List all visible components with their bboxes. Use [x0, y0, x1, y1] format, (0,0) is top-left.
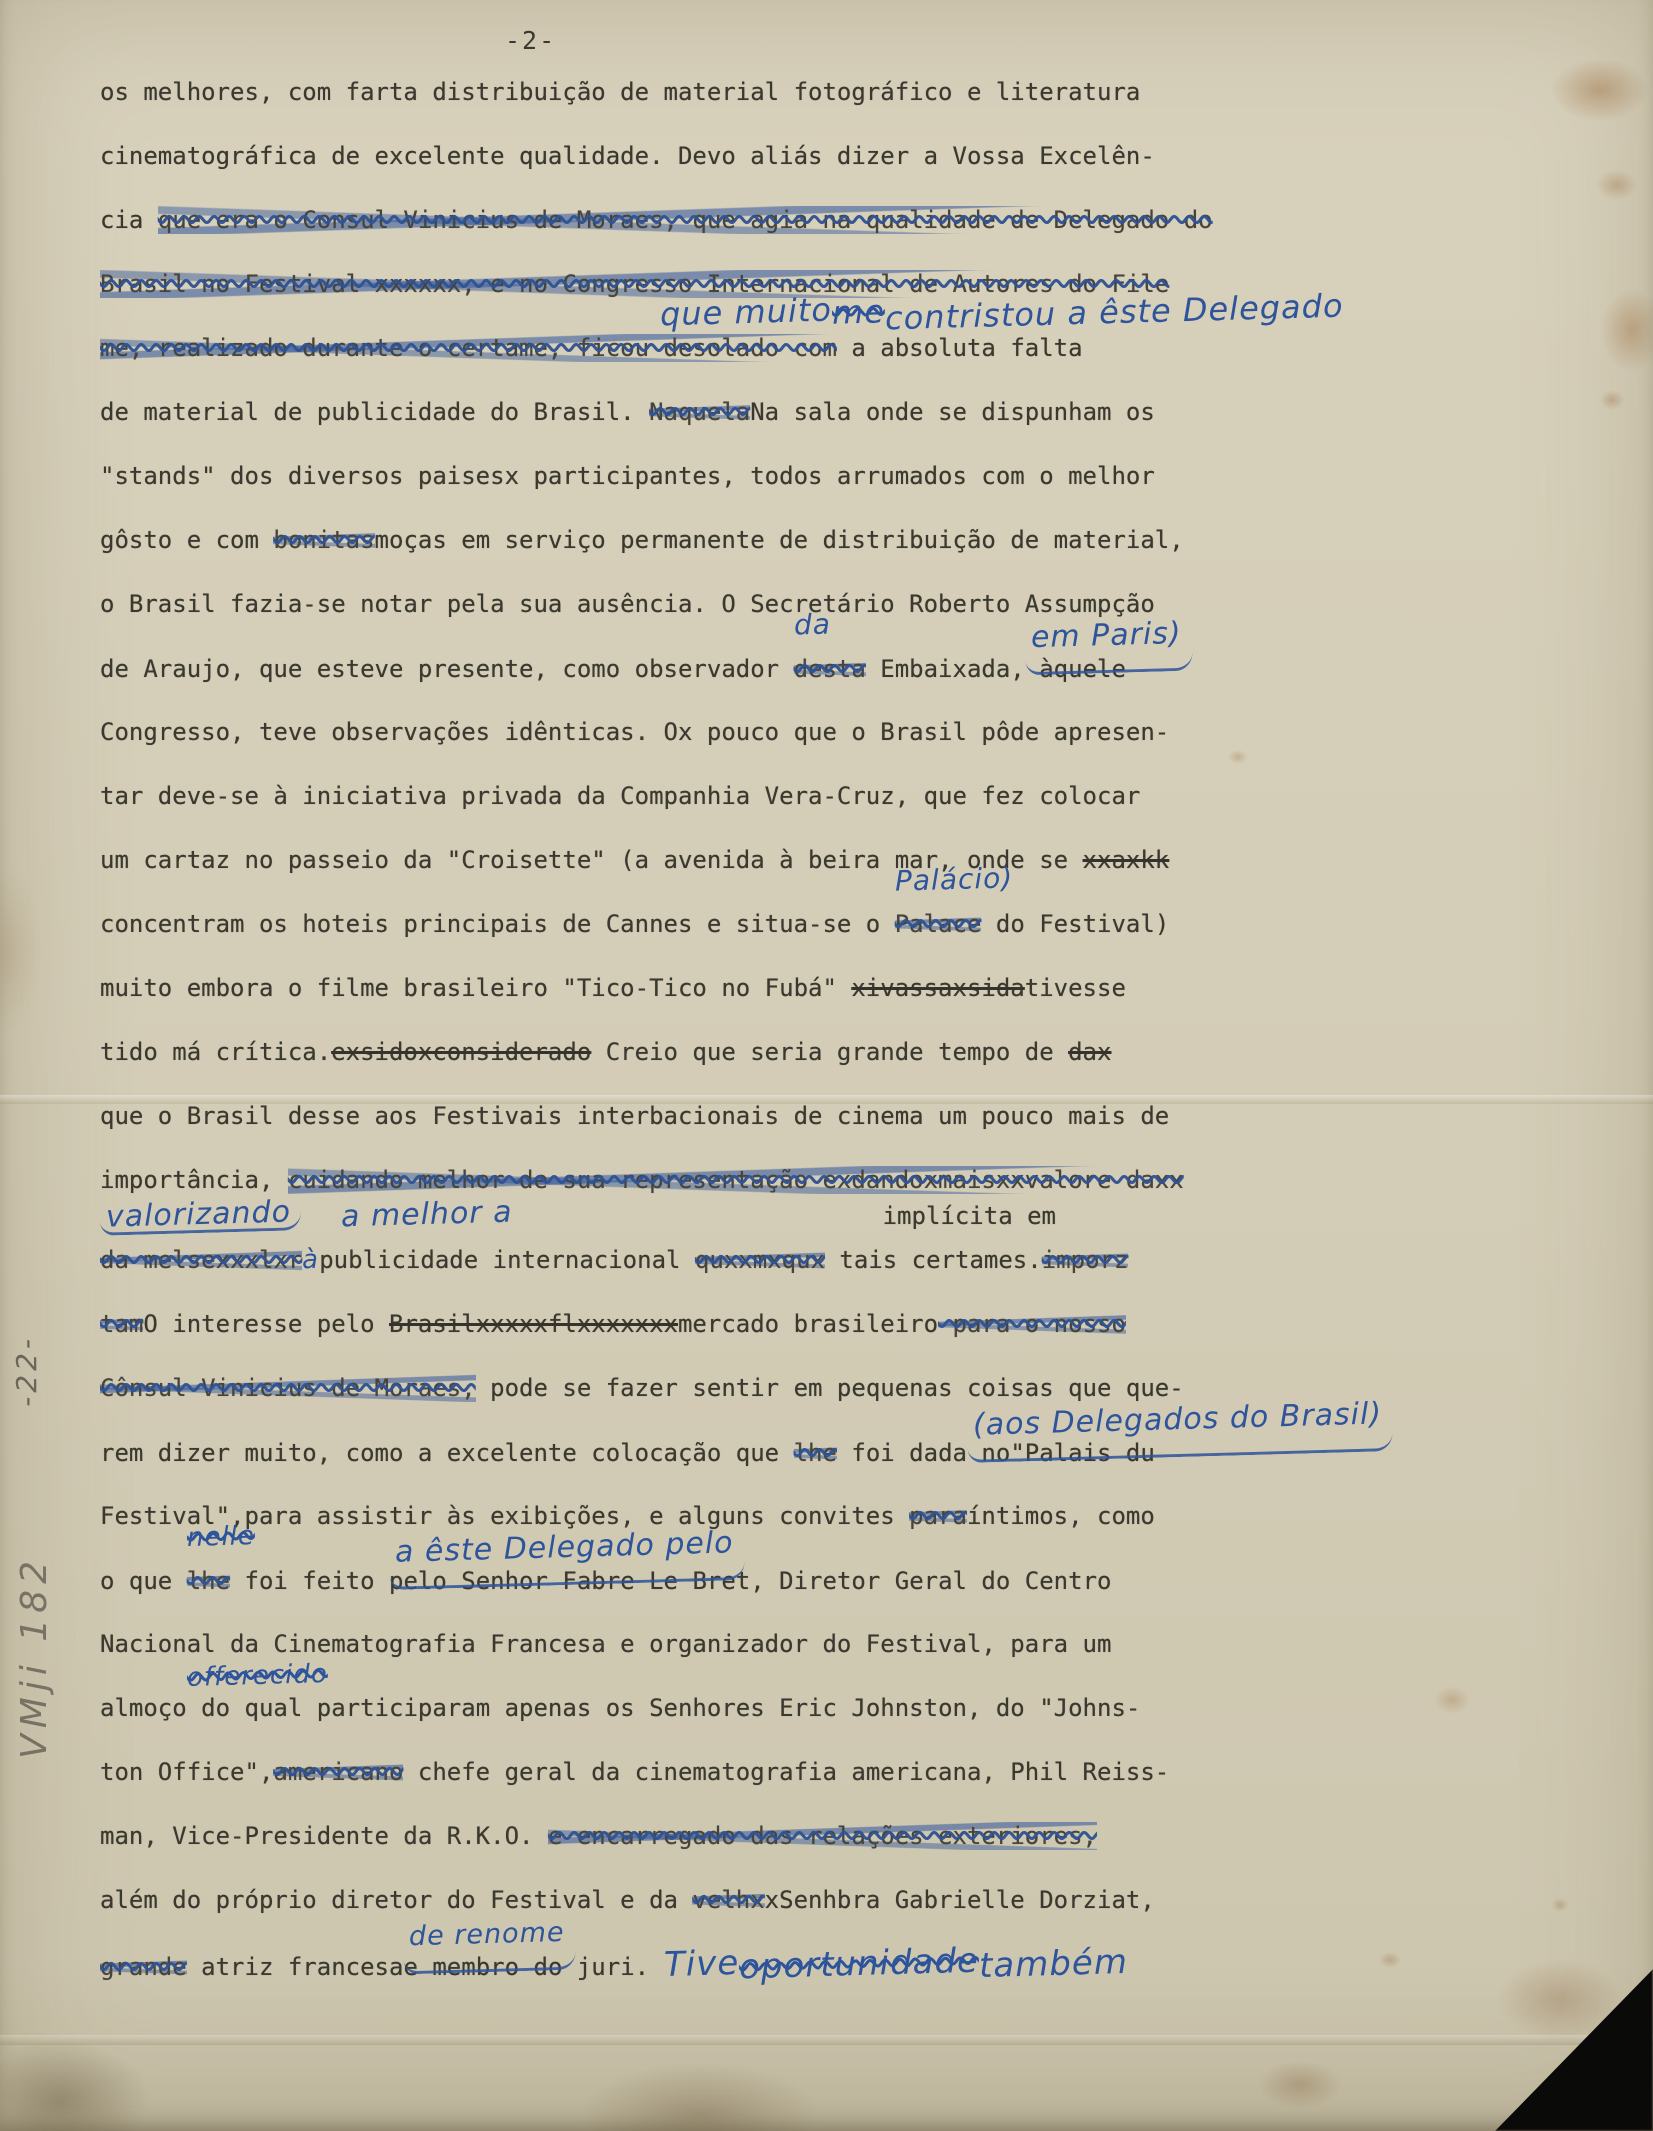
typed-text: de material de publicidade do Brasil.	[100, 398, 649, 426]
page-number: -2-	[505, 26, 556, 55]
handwritten-note: Palácio)	[894, 847, 1014, 914]
typed-text: gôsto e com	[100, 526, 273, 554]
handwritten-note: a melhor a	[341, 1200, 513, 1231]
document-line: da melsexxxlxr à publicidade internacion…	[100, 1228, 1653, 1292]
paper-crease	[0, 2035, 1653, 2045]
struck-typed-text: grande	[100, 1953, 187, 1981]
document-line: valorizandoa melhor aimplícita em	[100, 1202, 1653, 1228]
struck-typed-text: cuidando melhor de sua representação exd…	[288, 1166, 1184, 1194]
typed-text: Na sala onde se dispunham os	[750, 398, 1155, 426]
struck-typed-text: lhe	[187, 1567, 230, 1595]
typed-text: tais certames.	[825, 1246, 1042, 1274]
struck-typed-text: lhe	[794, 1439, 837, 1467]
document-line: além do próprio diretor do Festival e da…	[100, 1868, 1653, 1932]
struck-typed-text: que era o Consul Vinicius de Moraes, que…	[158, 206, 1213, 234]
struck-handwritten-note: oportunidade	[738, 1929, 980, 2000]
typed-text: almoço	[100, 1694, 187, 1722]
struck-typed-text: Palace	[895, 910, 982, 938]
handwritten-note: Tive	[663, 1931, 740, 1997]
typed-text: do qual participaram apenas os Senhores …	[187, 1694, 1141, 1722]
typed-text: do Festival)	[981, 910, 1169, 938]
typed-text: publicidade internacional	[319, 1246, 695, 1274]
document-line: man, Vice-Presidente da R.K.O. e encarre…	[100, 1804, 1653, 1868]
typed-text: rem dizer muito, como a excelente coloca…	[100, 1439, 794, 1467]
struck-handwritten-note: offerecido	[186, 1642, 329, 1710]
handwritten-note: contristou a êste Delegado	[884, 274, 1344, 351]
struck-typed-text: bonitas	[273, 526, 374, 554]
correction-stack: lhenelle	[187, 1549, 230, 1613]
document-line: um cartaz no passeio da "Croisette" (a a…	[100, 828, 1653, 892]
typed-text: "stands" dos diversos paisesx participan…	[100, 462, 1155, 490]
typed-text: o Brasil fazia-se notar pela sua ausênci…	[100, 590, 1155, 618]
typed-text: de Araujo, que esteve presente, como obs…	[100, 655, 794, 683]
document-line: me, realizado durante o certame, ficou d…	[100, 316, 1653, 380]
typed-text: cia	[100, 206, 158, 234]
document-line: tido má crítica.exsidoxconsiderado Creio…	[100, 1020, 1653, 1084]
correction-stack: destada	[794, 637, 866, 701]
typed-text: muito embora o filme brasileiro "Tico-Ti…	[100, 974, 851, 1002]
document-line: muito embora o filme brasileiro "Tico-Ti…	[100, 956, 1653, 1020]
typed-text: que o Brasil desse aos Festivais interba…	[100, 1102, 1169, 1130]
struck-typed-text: imporz	[1042, 1246, 1129, 1274]
spacer	[513, 1223, 883, 1224]
typed-text: concentram os hoteis principais de Canne…	[100, 910, 895, 938]
typed-text: foi dada	[837, 1439, 967, 1467]
document-line: Congresso, teve observações idênticas. O…	[100, 700, 1653, 764]
typist-struck-text: xivassaxsida	[851, 974, 1024, 1002]
handwritten-note: da	[793, 593, 832, 658]
struck-handwritten-note: me	[831, 279, 886, 344]
margin-note-bottom: VMji 182	[14, 1555, 55, 1759]
typed-text-area: os melhores, com farta distribuição de m…	[100, 60, 1653, 1996]
typed-text: cinematográfica de excelente qualidade. …	[100, 142, 1155, 170]
typed-text: xSenhbra Gabrielle Dorziat,	[765, 1886, 1155, 1914]
struck-typed-text: Cônsul Vinicius de Moraes,	[100, 1374, 476, 1402]
struck-typed-text: para o nosso	[938, 1310, 1126, 1338]
handwritten-note: também	[978, 1930, 1129, 1998]
document-line: Nacional da Cinematografia Francesa e or…	[100, 1612, 1653, 1676]
struck-typed-text: Naquela	[649, 398, 750, 426]
document-line: cia que era o Consul Vinicius de Moraes,…	[100, 188, 1653, 252]
document-line: de Araujo, que esteve presente, como obs…	[100, 636, 1653, 700]
struck-typed-text: tam	[100, 1310, 143, 1338]
spacer	[301, 1223, 341, 1224]
typed-text: tar deve-se à iniciativa privada da Comp…	[100, 782, 1140, 810]
typed-text: atriz francesa	[187, 1953, 404, 1981]
handwritten-note: (aos Delegados do Brasil)	[966, 1382, 1393, 1463]
typed-text: foi feito	[230, 1567, 389, 1595]
typed-text: implícita em	[883, 1202, 1056, 1230]
document-line: os melhores, com farta distribuição de m…	[100, 60, 1653, 124]
document-line: almoçoofferecido do qual participaram ap…	[100, 1676, 1653, 1740]
typed-text: Embaixada,	[866, 655, 1025, 683]
typed-text: man, Vice-Presidente da R.K.O.	[100, 1822, 548, 1850]
typed-text: os melhores, com farta distribuição de m…	[100, 78, 1140, 106]
typed-text: tivesse	[1025, 974, 1126, 1002]
struck-typed-text: para	[909, 1502, 967, 1530]
document-line: ton Office",americano chefe geral da cin…	[100, 1740, 1653, 1804]
handwritten-note: que muito	[659, 278, 833, 347]
annotation-group: que muito me contristou a êste Delegado	[660, 280, 1343, 347]
typist-struck-text: exsidoxconsiderado	[331, 1038, 591, 1066]
typist-struck-text: xxaxkk	[1083, 846, 1170, 874]
struck-typed-text: velhx	[692, 1886, 764, 1914]
document-line: Cônsul Vinicius de Moraes, pode se fazer…	[100, 1356, 1653, 1420]
typed-text: moças em serviço permanente de distribui…	[375, 526, 1184, 554]
document-line: gôsto e com bonitasmoças em serviço perm…	[100, 508, 1653, 572]
typed-text: importância,	[100, 1166, 288, 1194]
typed-text: íntimos, como	[967, 1502, 1155, 1530]
typed-text: Congresso, teve observações idênticas. O…	[100, 718, 1169, 746]
typist-struck-text: dax	[1068, 1038, 1111, 1066]
handwritten-note: de renome	[403, 1901, 576, 1975]
document-line: de material de publicidade do Brasil. Na…	[100, 380, 1653, 444]
document-line: que o Brasil desse aos Festivais interba…	[100, 1084, 1653, 1148]
document-line: tar deve-se à iniciativa privada da Comp…	[100, 764, 1653, 828]
struck-typed-text: quxxmxqux	[695, 1246, 825, 1274]
document-line: tamO interesse pelo Brasilxxxxxflxxxxxxx…	[100, 1292, 1653, 1356]
typed-text: o que	[100, 1567, 187, 1595]
document-line: cinematográfica de excelente qualidade. …	[100, 124, 1653, 188]
typed-text: mercado brasileiro	[678, 1310, 938, 1338]
document-line: o Brasil fazia-se notar pela sua ausênci…	[100, 572, 1653, 636]
typed-text: ton Office",	[100, 1758, 273, 1786]
document-line: rem dizer muito, como a excelente coloca…	[100, 1420, 1653, 1484]
struck-typed-text: e encarregado das relações exteriores,	[548, 1822, 1097, 1850]
typed-text: chefe geral da cinematografia americana,…	[403, 1758, 1169, 1786]
document-line: Festival",para assistir às exibições, e …	[100, 1484, 1653, 1548]
handwritten-note: à	[301, 1228, 320, 1292]
document-line: grande atriz francesade renomee membro d…	[100, 1932, 1653, 1996]
document-line: "stands" dos diversos paisesx participan…	[100, 444, 1653, 508]
handwritten-note: a êste Delegado pelo	[388, 1511, 744, 1590]
struck-typed-text: americano	[273, 1758, 403, 1786]
document-line: concentram os hoteis principais de Canne…	[100, 892, 1653, 956]
typed-text: além do próprio diretor do Festival e da	[100, 1886, 692, 1914]
struck-typed-text: da melsexxxlxr	[100, 1246, 302, 1274]
typed-text: tido má crítica.	[100, 1038, 331, 1066]
struck-typed-text: desta	[794, 655, 866, 683]
typed-text: Creio que seria grande tempo de	[591, 1038, 1068, 1066]
typed-text: O interesse pelo	[143, 1310, 389, 1338]
struck-handwritten-note: nelle	[186, 1505, 256, 1571]
handwritten-note: em Paris)	[1024, 602, 1193, 676]
margin-note-top: -22-	[10, 1335, 43, 1407]
document-line: o que lhenelle foi feito a êste Delegado…	[100, 1548, 1653, 1612]
correction-stack: PalacePalácio)	[895, 892, 982, 956]
paper: -2- os melhores, com farta distribuição …	[0, 0, 1653, 2131]
typist-struck-text: Brasilxxxxxflxxxxxxx	[389, 1310, 678, 1338]
